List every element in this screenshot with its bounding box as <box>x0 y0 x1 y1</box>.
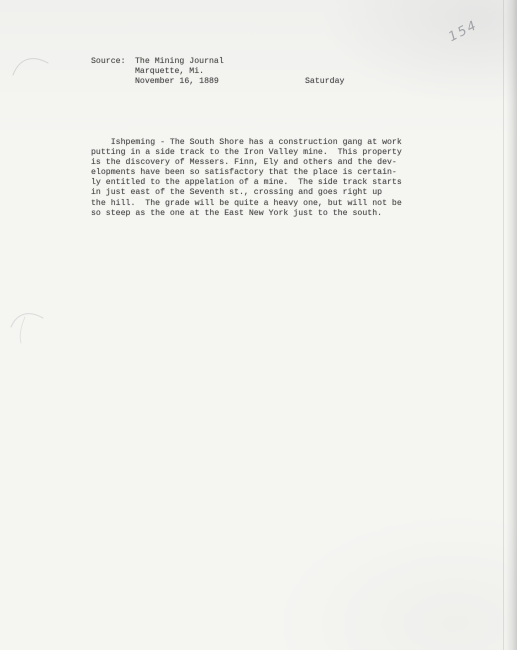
publication-location: Marquette, Mi. <box>135 67 204 77</box>
page-right-edge-shadow <box>506 0 517 650</box>
article-line: ly entitled to the appelation of a mine.… <box>91 178 402 188</box>
day-of-week: Saturday <box>305 77 344 87</box>
article-paragraph: Ishpeming - The South Shore has a constr… <box>91 138 402 219</box>
publication-date: November 16, 1889 <box>135 77 219 87</box>
handwritten-page-number: 154 <box>446 10 496 45</box>
article-line: in just east of the Seventh st., crossin… <box>91 188 402 198</box>
article-line: Ishpeming - The South Shore has a constr… <box>91 138 402 148</box>
pencil-arc-mark-top <box>10 50 52 80</box>
article-line: so steep as the one at the East New York… <box>91 209 402 219</box>
source-label: Source: <box>91 57 126 67</box>
article-line: elopments have been so satisfactory that… <box>91 168 402 178</box>
article-line: the hill. The grade will be quite a heav… <box>91 199 402 209</box>
scanned-document-page: 154 Source: The Mining Journal Marquette… <box>0 0 517 650</box>
page-right-edge-line <box>503 0 504 650</box>
article-line: is the discovery of Messers. Finn, Ely a… <box>91 158 402 168</box>
article-line: putting in a side track to the Iron Vall… <box>91 148 402 158</box>
publication-name: The Mining Journal <box>135 57 224 67</box>
pencil-arc-mark-middle <box>6 304 48 346</box>
